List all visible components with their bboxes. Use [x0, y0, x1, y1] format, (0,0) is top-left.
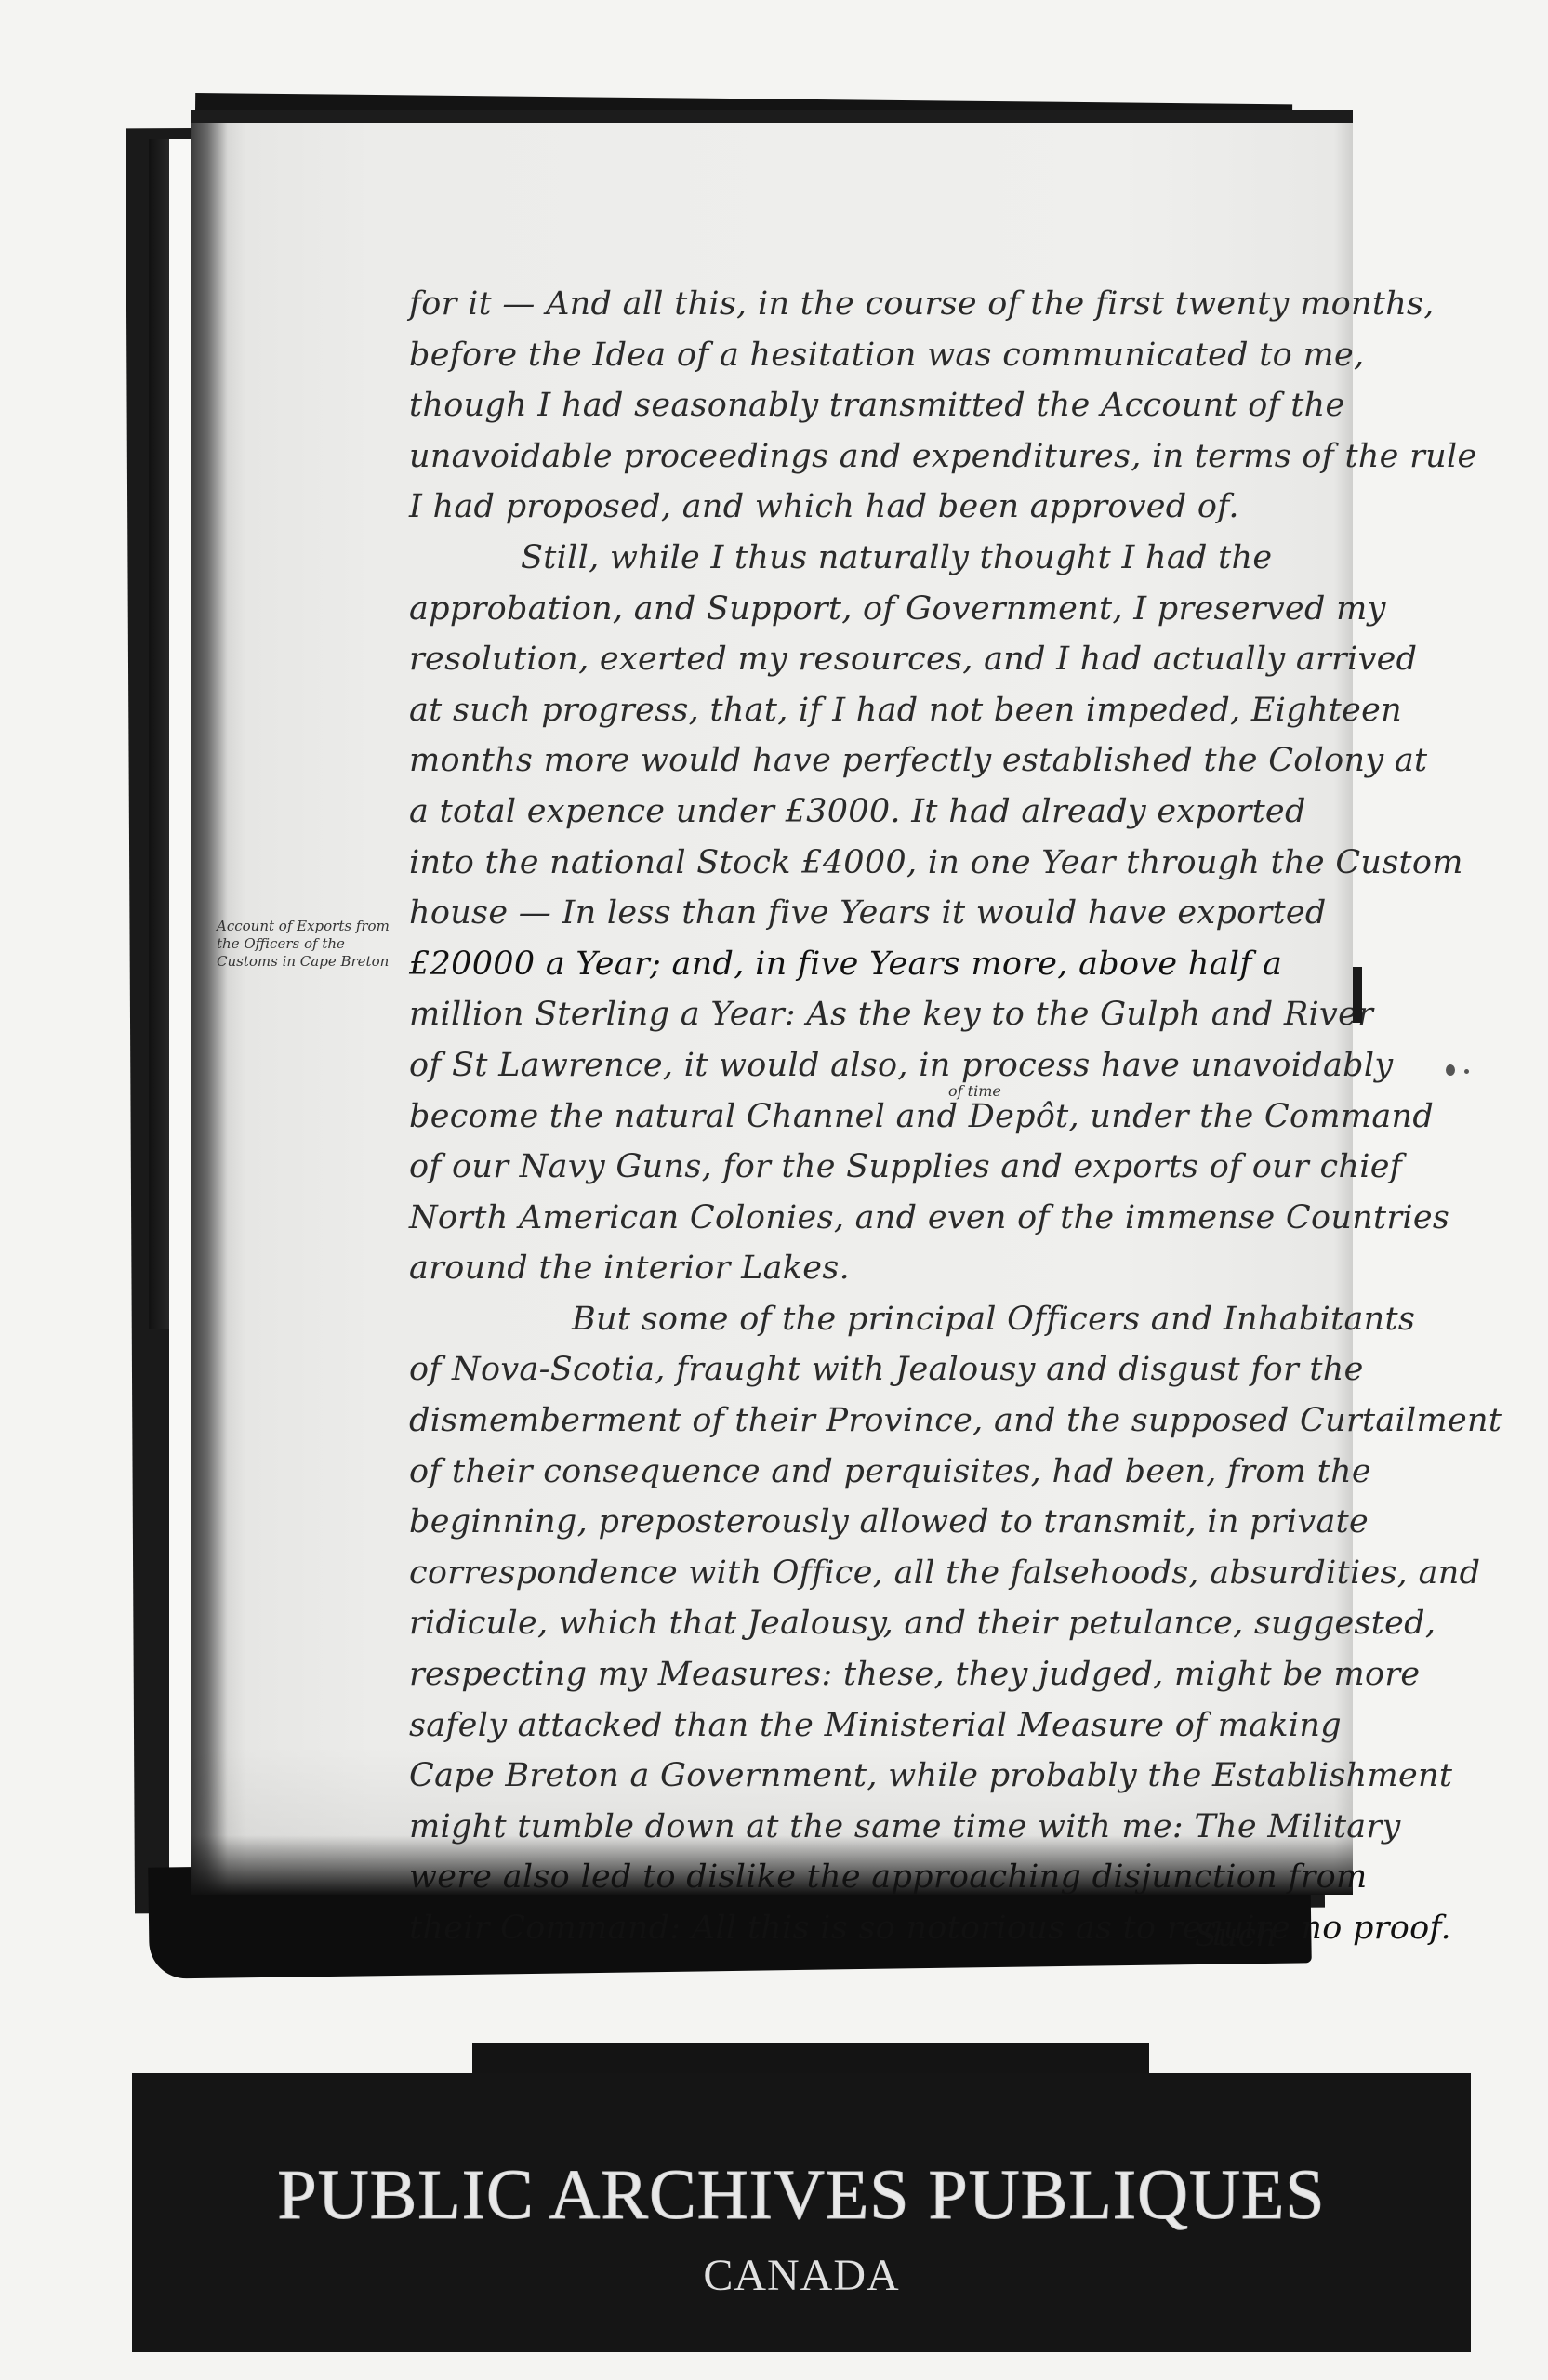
text-line: before the Idea of a hesitation was comm… [409, 330, 1348, 381]
catchword: Such [1195, 1917, 1277, 1954]
text-line: unavoidable proceedings and expenditures… [409, 431, 1348, 483]
scan-speck [1464, 1069, 1469, 1074]
text-line: safely attacked than the Ministerial Mea… [409, 1700, 1348, 1752]
text-line: become the natural Channel and Depôt, un… [409, 1091, 1348, 1143]
text-line: of St Lawrence, it would also, in proces… [409, 1040, 1348, 1091]
text-line: respecting my Measures: these, they judg… [409, 1649, 1348, 1700]
text-line: North American Colonies, and even of the… [409, 1193, 1348, 1244]
text-line: £20000 a Year; and, in five Years more, … [409, 939, 1348, 990]
interlinear-insertion: of time [948, 1082, 1001, 1100]
text-line: I had proposed, and which had been appro… [409, 482, 1348, 533]
text-line: beginning, preposterously allowed to tra… [409, 1497, 1348, 1548]
text-line: Still, while I thus naturally thought I … [409, 533, 1348, 584]
banner-subtitle: CANADA [132, 2250, 1471, 2301]
archives-banner: PUBLIC ARCHIVES PUBLIQUES CANADA [132, 2073, 1471, 2352]
text-line: million Sterling a Year: As the key to t… [409, 989, 1348, 1040]
margin-note: Account of Exports from the Officers of … [217, 918, 393, 971]
text-line: of Nova-Scotia, fraught with Jealousy an… [409, 1344, 1348, 1395]
text-line: into the national Stock £4000, in one Ye… [409, 838, 1348, 889]
text-line: correspondence with Office, all the fals… [409, 1548, 1348, 1599]
text-line: resolution, exerted my resources, and I … [409, 634, 1348, 685]
text-line: Cape Breton a Government, while probably… [409, 1751, 1348, 1802]
text-line: a total expence under £3000. It had alre… [409, 787, 1348, 838]
text-line: house — In less than five Years it would… [409, 888, 1348, 939]
banner-title: PUBLIC ARCHIVES PUBLIQUES [132, 2155, 1471, 2236]
scan-speck [1446, 1064, 1455, 1076]
text-line: at such progress, that, if I had not bee… [409, 685, 1348, 736]
manuscript-page: Account of Exports from the Officers of … [191, 110, 1353, 1895]
text-line: though I had seasonably transmitted the … [409, 380, 1348, 431]
page-edge-mark [1353, 967, 1362, 1023]
text-line: dismemberment of their Province, and the… [409, 1395, 1348, 1447]
text-line: of our Navy Guns, for the Supplies and e… [409, 1142, 1348, 1193]
text-line: might tumble down at the same time with … [409, 1802, 1348, 1853]
text-line: But some of the principal Officers and I… [409, 1294, 1348, 1345]
text-line: were also led to dislike the approaching… [409, 1852, 1348, 1903]
text-line: ridicule, which that Jealousy, and their… [409, 1598, 1348, 1649]
text-line: approbation, and Support, of Government,… [409, 584, 1348, 635]
text-line: months more would have perfectly establi… [409, 735, 1348, 787]
text-line: around the interior Lakes. [409, 1243, 1348, 1294]
manuscript-text: for it — And all this, in the course of … [409, 279, 1348, 1954]
text-line: of their consequence and perquisites, ha… [409, 1447, 1348, 1498]
text-line: for it — And all this, in the course of … [409, 279, 1348, 330]
